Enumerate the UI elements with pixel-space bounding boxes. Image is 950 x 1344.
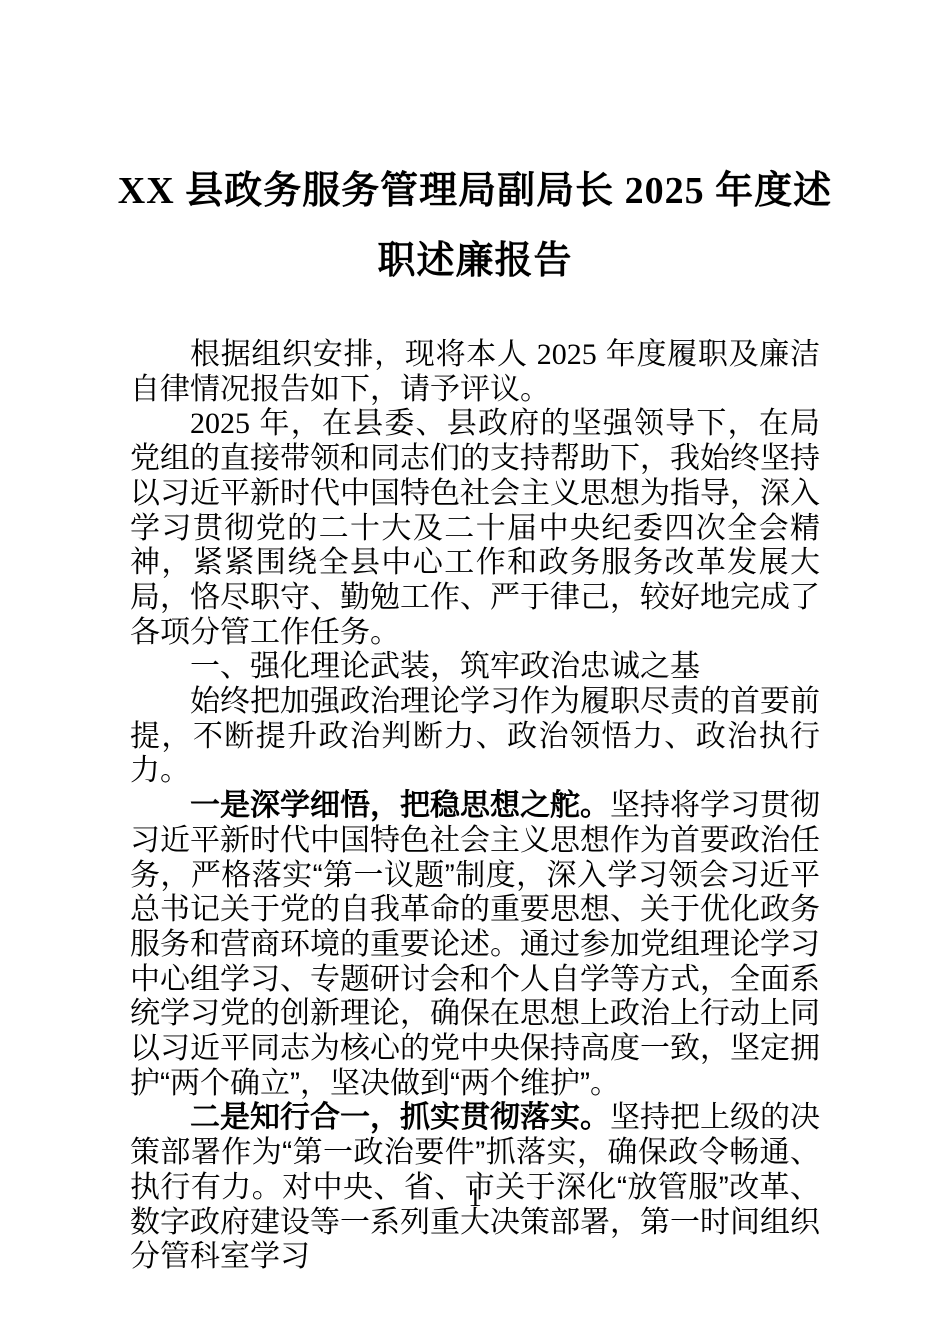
text-run: 2025	[537, 338, 597, 371]
title-line-1: XX 县政务服务管理局副局长 2025 年度述	[0, 156, 950, 226]
document-title: XX 县政务服务管理局副局长 2025 年度述 职述廉报告	[0, 0, 950, 296]
text-run: 根据组织安排，现将本人	[190, 338, 537, 371]
body-paragraphs: 根据组织安排，现将本人 2025 年度履职及廉洁自律情况报告如下，请予评议。20…	[130, 338, 820, 1275]
text-run: 2025	[190, 407, 250, 440]
text-run: 坚持将学习贯彻习近平新时代中国特色社会主义思想作为首要政治任务，严格落实“第一议…	[130, 789, 820, 1100]
bold-run: 一是深学细悟，把稳思想之舵。	[190, 789, 610, 822]
section-heading: 一、强化理论武装，筑牢政治忠诚之基	[130, 650, 820, 685]
document-page: XX 县政务服务管理局副局长 2025 年度述 职述廉报告 根据组织安排，现将本…	[0, 0, 950, 1344]
text-run: 一、强化理论武装，筑牢政治忠诚之基	[190, 650, 700, 683]
paragraph: 始终把加强政治理论学习作为履职尽责的首要前提，不断提升政治判断力、政治领悟力、政…	[130, 685, 820, 789]
title-line-2: 职述廉报告	[0, 226, 950, 296]
paragraph: 一是深学细悟，把稳思想之舵。坚持将学习贯彻习近平新时代中国特色社会主义思想作为首…	[130, 789, 820, 1101]
text-run: 年，在县委、县政府的坚强领导下，在局党组的直接带领和同志们的支持帮助下，我始终坚…	[130, 407, 820, 648]
paragraph: 根据组织安排，现将本人 2025 年度履职及廉洁自律情况报告如下，请予评议。	[130, 338, 820, 407]
paragraph: 2025 年，在县委、县政府的坚强领导下，在局党组的直接带领和同志们的支持帮助下…	[130, 407, 820, 650]
bold-run: 二是知行合一，抓实贯彻落实。	[190, 1101, 610, 1134]
text-run: 始终把加强政治理论学习作为履职尽责的首要前提，不断提升政治判断力、政治领悟力、政…	[130, 685, 820, 787]
page-number: 1	[0, 1180, 950, 1214]
